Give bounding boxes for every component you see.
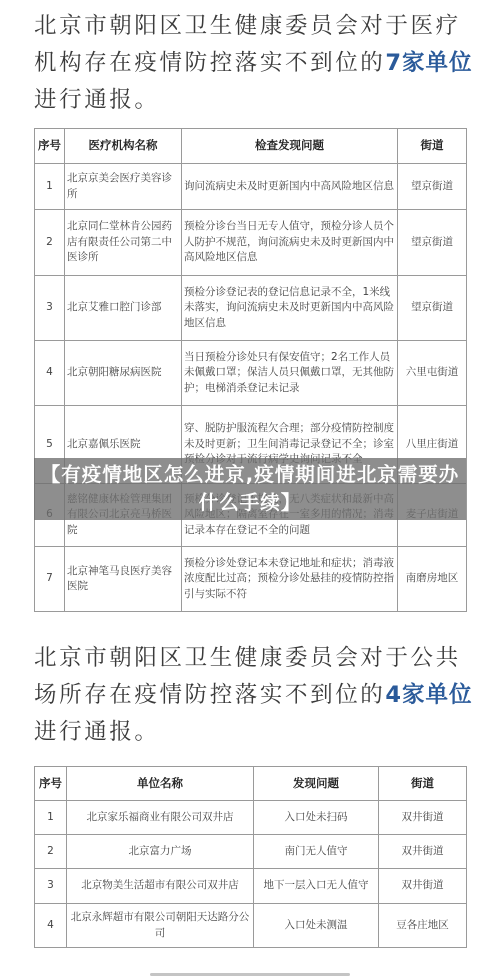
cell-street: 南磨房地区	[398, 547, 467, 612]
table-row: 3 北京艾雅口腔门诊部 预检分诊登记表的登记信息记录不全，1米线未落实，询问流病…	[35, 276, 467, 341]
header-issue: 发现问题	[254, 767, 379, 801]
cell-street: 双井街道	[379, 869, 467, 904]
header-no: 序号	[35, 767, 67, 801]
cell-name: 北京永辉超市有限公司朝阳天达路分公司	[67, 904, 254, 948]
header-name: 单位名称	[67, 767, 254, 801]
medical-institutions-table: 序号 医疗机构名称 检查发现问题 街道 1 北京京美会医疗美容诊所 询问流病史未…	[34, 128, 467, 612]
cell-no: 7	[35, 547, 65, 612]
cell-street: 望京街道	[398, 210, 467, 276]
cell-no: 1	[35, 801, 67, 835]
cell-name: 北京朝阳糖尿病医院	[65, 341, 182, 406]
table-row: 2 北京富力广场 南门无人值守 双井街道	[35, 835, 467, 869]
cell-issue: 预检分诊处登记本未登记地址和症状；消毒液浓度配比过高；预检分诊处悬挂的疫情防控指…	[182, 547, 398, 612]
cell-street: 望京街道	[398, 276, 467, 341]
cell-issue: 入口处未扫码	[254, 801, 379, 835]
cell-no: 1	[35, 164, 65, 210]
cell-issue: 地下一层入口无人值守	[254, 869, 379, 904]
cell-issue: 入口处未测温	[254, 904, 379, 948]
cell-street: 六里屯街道	[398, 341, 467, 406]
cell-name: 北京家乐福商业有限公司双井店	[67, 801, 254, 835]
paragraph-text-end: 进行通报。	[34, 719, 160, 745]
notice-paragraph-public: 北京市朝阳区卫生健康委员会对于公共场所存在疫情防控落实不到位的4家单位进行通报。	[34, 640, 474, 751]
cell-no: 3	[35, 276, 65, 341]
header-street: 街道	[398, 129, 467, 164]
cell-name: 北京同仁堂林肯公园药店有限责任公司第二中医诊所	[65, 210, 182, 276]
table-row: 1 北京京美会医疗美容诊所 询问流病史未及时更新国内中高风险地区信息 望京街道	[35, 164, 467, 210]
cell-issue: 南门无人值守	[254, 835, 379, 869]
cell-no: 4	[35, 904, 67, 948]
table-row: 2 北京同仁堂林肯公园药店有限责任公司第二中医诊所 预检分诊台当日无专人值守，预…	[35, 210, 467, 276]
cell-street: 双井街道	[379, 801, 467, 835]
table-row: 4 北京朝阳糖尿病医院 当日预检分诊处只有保安值守；2名工作人员未佩戴口罩；保洁…	[35, 341, 467, 406]
cell-issue: 预检分诊登记表的登记信息记录不全，1米线未落实，询问流病史未及时更新国内中高风险…	[182, 276, 398, 341]
notice-paragraph-medical: 北京市朝阳区卫生健康委员会对于医疗机构存在疫情防控落实不到位的7家单位进行通报。	[34, 8, 474, 119]
cell-no: 3	[35, 869, 67, 904]
cell-no: 2	[35, 835, 67, 869]
public-places-table: 序号 单位名称 发现问题 街道 1 北京家乐福商业有限公司双井店 入口处未扫码 …	[34, 766, 467, 948]
cell-name: 北京物美生活超市有限公司双井店	[67, 869, 254, 904]
cell-name: 北京神笔马良医疗美容医院	[65, 547, 182, 612]
table-header-row: 序号 医疗机构名称 检查发现问题 街道	[35, 129, 467, 164]
table-header-row: 序号 单位名称 发现问题 街道	[35, 767, 467, 801]
table-row: 3 北京物美生活超市有限公司双井店 地下一层入口无人值守 双井街道	[35, 869, 467, 904]
cell-no: 2	[35, 210, 65, 276]
cell-issue: 当日预检分诊处只有保安值守；2名工作人员未佩戴口罩；保洁人员只佩戴口罩，无其他防…	[182, 341, 398, 406]
cell-name: 北京京美会医疗美容诊所	[65, 164, 182, 210]
cell-issue: 询问流病史未及时更新国内中高风险地区信息	[182, 164, 398, 210]
header-name: 医疗机构名称	[65, 129, 182, 164]
paragraph-text-end: 进行通报。	[34, 87, 160, 113]
cell-issue: 预检分诊台当日无专人值守，预检分诊人员个人防护不规范，询问流病史未及时更新国内中…	[182, 210, 398, 276]
header-no: 序号	[35, 129, 65, 164]
highlight-count: 4家单位	[385, 682, 472, 708]
home-indicator-bar[interactable]	[150, 973, 350, 976]
table-row: 7 北京神笔马良医疗美容医院 预检分诊处登记本未登记地址和症状；消毒液浓度配比过…	[35, 547, 467, 612]
article-title-overlay[interactable]: 【有疫情地区怎么进京,疫情期间进北京需要办什么手续】	[34, 458, 466, 520]
table-row: 1 北京家乐福商业有限公司双井店 入口处未扫码 双井街道	[35, 801, 467, 835]
header-street: 街道	[379, 767, 467, 801]
cell-street: 豆各庄地区	[379, 904, 467, 948]
cell-no: 4	[35, 341, 65, 406]
highlight-count: 7家单位	[385, 50, 472, 76]
header-issue: 检查发现问题	[182, 129, 398, 164]
cell-name: 北京艾雅口腔门诊部	[65, 276, 182, 341]
table-row: 4 北京永辉超市有限公司朝阳天达路分公司 入口处未测温 豆各庄地区	[35, 904, 467, 948]
cell-name: 北京富力广场	[67, 835, 254, 869]
cell-street: 双井街道	[379, 835, 467, 869]
cell-street: 望京街道	[398, 164, 467, 210]
